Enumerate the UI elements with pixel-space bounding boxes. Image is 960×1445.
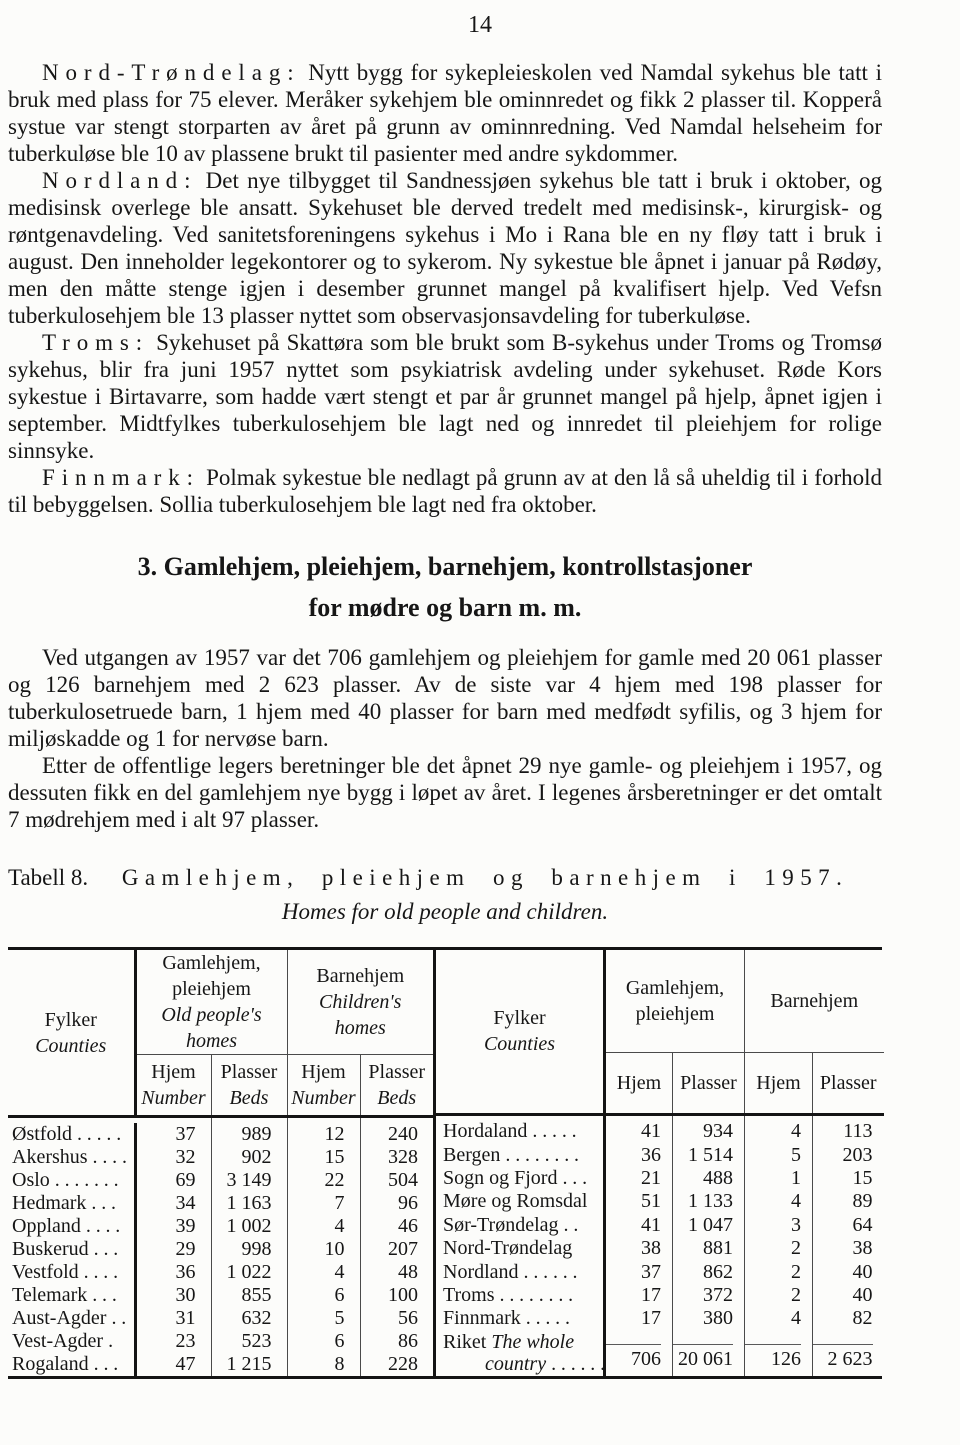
county-label: Telemark (12, 1284, 87, 1306)
leader-dots: ... (86, 1192, 120, 1214)
cell-oldhomes-number: 30 (135, 1284, 211, 1307)
cell-oldhomes-beds: 902 (211, 1146, 287, 1169)
header-hjem-en: Number (141, 1087, 205, 1109)
cell-oldhomes-beds: 998 (211, 1238, 287, 1261)
cell-oldhomes-number: 31 (135, 1307, 211, 1330)
table-row: Vestfold.... 36 1 022 4 48 (8, 1261, 433, 1284)
cell-oldhomes-number: 23 (135, 1330, 211, 1353)
county-label: Østfold (12, 1123, 72, 1145)
leader-dots: ....... (50, 1169, 124, 1191)
cell-oldhomes-number: 41 (605, 1214, 673, 1237)
header-plasser: PlasserBeds (211, 1055, 287, 1117)
cell-oldhomes-beds: 989 (211, 1123, 287, 1146)
table-header-left: Fylker Counties Gamlehjem, pleiehjem Old… (8, 950, 433, 1117)
cell-oldhomes-beds: 1 215 (211, 1353, 287, 1376)
county-lead: Nord-Trøndelag: (42, 60, 301, 85)
header-group-children-no: Barnehjem (288, 963, 434, 989)
cell-oldhomes-number: 32 (135, 1146, 211, 1169)
header-group-children-en: Children's homes (288, 989, 434, 1041)
cell-childhomes-number: 2 (745, 1260, 813, 1283)
cell-childhomes-beds: 96 (360, 1192, 433, 1215)
table-caption: Tabell 8. Gamlehjem, pleiehjem og barneh… (8, 865, 882, 891)
cell-oldhomes-number: 36 (605, 1143, 673, 1166)
cell-oldhomes-beds: 1 514 (673, 1143, 745, 1166)
cell-childhomes-number: 8 (287, 1353, 360, 1376)
leader-dots: .... (79, 1261, 123, 1283)
header-counties-en: Counties (484, 1033, 555, 1055)
header-group-oldpeople-no: Gamlehjem, pleiehjem (137, 950, 287, 1002)
header-plasser: Plasser (813, 1052, 884, 1114)
cell-childhomes-beds: 46 (360, 1215, 433, 1238)
cell-oldhomes-number: 36 (135, 1261, 211, 1284)
cell-childhomes-beds: 86 (360, 1330, 433, 1353)
section-heading: 3. Gamlehjem, pleiehjem, barnehjem, kont… (8, 546, 882, 628)
cell-oldhomes-number: 29 (135, 1238, 211, 1261)
table-caption-label: Tabell 8. (8, 865, 88, 891)
table-row: Rogaland... 47 1 215 8 228 (8, 1353, 433, 1376)
leader-dots: ........ (495, 1284, 578, 1306)
county-lead: Nordland: (42, 168, 197, 193)
header-hjem: Hjem (605, 1052, 673, 1114)
total-childhomes-number: 126 (745, 1348, 801, 1371)
cell-oldhomes-beds: 1 163 (211, 1192, 287, 1215)
county-label: Troms (443, 1284, 495, 1306)
total-rule (813, 1344, 873, 1345)
cell-oldhomes-number: 41 (605, 1120, 673, 1143)
county-label: Buskerud (12, 1238, 89, 1260)
county-label: Oppland (12, 1215, 81, 1237)
cell-childhomes-number: 7 (287, 1192, 360, 1215)
header-plasser-no: Plasser (368, 1061, 425, 1083)
cell-oldhomes-number: 34 (135, 1192, 211, 1215)
cell-childhomes-beds: 40 (813, 1260, 884, 1283)
header-plasser-en: Beds (377, 1087, 416, 1109)
leader-dots: ...... (519, 1261, 583, 1283)
cell-childhomes-beds: 240 (360, 1123, 433, 1146)
cell-oldhomes-number: 37 (135, 1123, 211, 1146)
total-childhomes-beds: 2 623 (813, 1348, 873, 1371)
leader-dots (572, 1237, 577, 1259)
document-page: 14 Nord-Trøndelag: Nytt bygg for sykeple… (0, 0, 960, 1445)
cell-childhomes-beds: 504 (360, 1169, 433, 1192)
cell-childhomes-number: 6 (287, 1284, 360, 1307)
cell-childhomes-beds: 228 (360, 1353, 433, 1376)
cell-childhomes-number: 15 (287, 1146, 360, 1169)
table-total: Riket The whole country...... 706 20 061… (435, 1331, 884, 1376)
county-label: Sogn og Fjord (443, 1167, 557, 1189)
cell-childhomes-beds: 56 (360, 1307, 433, 1330)
cell-childhomes-beds: 100 (360, 1284, 433, 1307)
cell-childhomes-number: 4 (745, 1307, 813, 1331)
cell-childhomes-beds: 82 (813, 1307, 884, 1331)
cell-childhomes-number: 4 (287, 1215, 360, 1238)
intro-section: Nord-Trøndelag: Nytt bygg for sykepleies… (8, 59, 882, 518)
section-body: Ved utgangen av 1957 var det 706 gamlehj… (8, 644, 882, 833)
cell-oldhomes-number: 39 (135, 1215, 211, 1238)
cell-childhomes-number: 3 (745, 1214, 813, 1237)
header-counties: Fylker Counties (8, 950, 135, 1117)
table-row: Vest-Agder. 23 523 6 86 (8, 1330, 433, 1353)
page-number: 14 (0, 0, 960, 39)
total-oldhomes-number: 706 (606, 1348, 661, 1371)
county-lead: Finnmark: (42, 465, 200, 490)
cell-childhomes-number: 10 (287, 1238, 360, 1261)
leader-dots: ..... (72, 1123, 126, 1145)
cell-oldhomes-beds: 523 (211, 1330, 287, 1353)
cell-oldhomes-number: 47 (135, 1353, 211, 1376)
paragraph-troms: Troms: Sykehuset på Skattøra som ble bru… (8, 329, 882, 464)
leader-dots: .... (81, 1215, 125, 1237)
header-group-children-no: Barnehjem (745, 988, 884, 1014)
county-lead: Troms: (42, 330, 149, 355)
cell-childhomes-beds: 203 (813, 1143, 884, 1166)
cell-oldhomes-number: 17 (605, 1284, 673, 1307)
header-plasser-en: Beds (230, 1087, 269, 1109)
paragraph-finnmark: Finnmark: Polmak sykestue ble nedlagt på… (8, 464, 882, 518)
leader-dots: ..... (521, 1307, 575, 1329)
total-oldhomes-beds: 20 061 (673, 1348, 733, 1371)
table-caption-title: Gamlehjem, pleiehjem og barnehjem i 1957… (88, 865, 882, 891)
cell-childhomes-beds: 89 (813, 1190, 884, 1213)
table-row: Oslo....... 69 3 149 22 504 (8, 1169, 433, 1192)
header-group-children: Barnehjem (745, 950, 884, 1052)
county-label: Akershus (12, 1146, 88, 1168)
county-label: Aust-Agder (12, 1307, 106, 1329)
table-row: Sør-Trøndelag.. 41 1 047 3 64 (435, 1214, 884, 1237)
leader-dots: .. (106, 1307, 131, 1329)
section-heading-line2: for mødre og barn m. m. (8, 587, 882, 628)
county-label: Vest-Agder (12, 1330, 103, 1352)
leader-dots: ... (89, 1238, 123, 1260)
cell-childhomes-number: 5 (745, 1143, 813, 1166)
leader-dots: ..... (527, 1120, 581, 1142)
cell-childhomes-beds: 15 (813, 1167, 884, 1190)
header-counties-no: Fylker (493, 1007, 545, 1029)
county-label: Nord-Trøndelag (443, 1237, 572, 1259)
cell-childhomes-beds: 64 (813, 1214, 884, 1237)
table-row: Nord-Trøndelag 38 881 2 38 (435, 1237, 884, 1260)
table-header-right: Fylker Counties Gamlehjem, pleiehjem Bar… (435, 950, 884, 1114)
cell-childhomes-number: 2 (745, 1237, 813, 1260)
county-label: Sør-Trøndelag (443, 1214, 559, 1236)
cell-oldhomes-number: 51 (605, 1190, 673, 1213)
leader-dots: . (103, 1330, 118, 1352)
cell-oldhomes-beds: 855 (211, 1284, 287, 1307)
cell-oldhomes-number: 38 (605, 1237, 673, 1260)
header-plasser-no: Plasser (221, 1061, 278, 1083)
county-label: Finnmark (443, 1307, 521, 1329)
cell-oldhomes-beds: 881 (673, 1237, 745, 1260)
county-label: Nordland (443, 1261, 519, 1283)
cell-oldhomes-beds: 1 002 (211, 1215, 287, 1238)
table-caption-subtitle: Homes for old people and children. (8, 899, 882, 925)
homes-table-right: Fylker Counties Gamlehjem, pleiehjem Bar… (433, 950, 884, 1376)
cell-childhomes-beds: 48 (360, 1261, 433, 1284)
table-row: Akershus.... 32 902 15 328 (8, 1146, 433, 1169)
cell-oldhomes-beds: 1 022 (211, 1261, 287, 1284)
total-label: Riket (443, 1331, 486, 1353)
cell-childhomes-beds: 328 (360, 1146, 433, 1169)
header-counties-en: Counties (35, 1035, 106, 1057)
cell-childhomes-beds: 40 (813, 1284, 884, 1307)
cell-childhomes-number: 4 (745, 1190, 813, 1213)
table-row: Buskerud... 29 998 10 207 (8, 1238, 433, 1261)
cell-oldhomes-number: 69 (135, 1169, 211, 1192)
header-group-oldpeople: Gamlehjem, pleiehjem Old people's homes (135, 950, 287, 1055)
county-label: Oslo (12, 1169, 50, 1191)
table-row: Bergen........ 36 1 514 5 203 (435, 1143, 884, 1166)
cell-oldhomes-beds: 488 (673, 1167, 745, 1190)
header-plasser: PlasserBeds (360, 1055, 433, 1117)
page-content: Nord-Trøndelag: Nytt bygg for sykepleies… (8, 59, 882, 1379)
table-body-right: Hordaland..... 41 934 4 113 Bergen......… (435, 1114, 884, 1331)
cell-childhomes-number: 4 (745, 1120, 813, 1143)
header-group-oldpeople-no: Gamlehjem, pleiehjem (606, 975, 744, 1027)
table-row: Finnmark..... 17 380 4 82 (435, 1307, 884, 1331)
paragraph-nordland: Nordland: Det nye tilbygget til Sandness… (8, 167, 882, 329)
paragraph-reports: Etter de offentlige legers beretninger b… (8, 752, 882, 833)
cell-oldhomes-number: 17 (605, 1307, 673, 1331)
header-plasser: Plasser (673, 1052, 745, 1114)
paragraph-summary: Ved utgangen av 1957 var det 706 gamlehj… (8, 644, 882, 752)
county-label: Hordaland (443, 1120, 527, 1142)
county-label: Hedmark (12, 1192, 86, 1214)
cell-childhomes-number: 6 (287, 1330, 360, 1353)
table-row: Telemark... 30 855 6 100 (8, 1284, 433, 1307)
cell-oldhomes-beds: 1 047 (673, 1214, 745, 1237)
cell-oldhomes-beds: 1 133 (673, 1190, 745, 1213)
cell-childhomes-beds: 113 (813, 1120, 884, 1143)
cell-childhomes-beds: 38 (813, 1237, 884, 1260)
table-row: Troms........ 17 372 2 40 (435, 1284, 884, 1307)
leader-dots: ... (557, 1167, 591, 1189)
total-rule (606, 1344, 661, 1345)
cell-oldhomes-beds: 934 (673, 1120, 745, 1143)
county-label: Vestfold (12, 1261, 79, 1283)
header-counties-no: Fylker (45, 1009, 97, 1031)
cell-oldhomes-number: 21 (605, 1167, 673, 1190)
table-row: Hordaland..... 41 934 4 113 (435, 1120, 884, 1143)
leader-dots: ... (89, 1353, 123, 1375)
cell-oldhomes-beds: 632 (211, 1307, 287, 1330)
cell-childhomes-number: 1 (745, 1167, 813, 1190)
table-row: Østfold..... 37 989 12 240 (8, 1123, 433, 1146)
leader-dots: .... (88, 1146, 132, 1168)
table-row: Hedmark... 34 1 163 7 96 (8, 1192, 433, 1215)
header-group-oldpeople: Gamlehjem, pleiehjem (605, 950, 745, 1052)
table-row: Sogn og Fjord... 21 488 1 15 (435, 1167, 884, 1190)
cell-childhomes-beds: 207 (360, 1238, 433, 1261)
cell-childhomes-number: 12 (287, 1123, 360, 1146)
header-group-children: Barnehjem Children's homes (287, 950, 433, 1055)
cell-childhomes-number: 2 (745, 1284, 813, 1307)
cell-childhomes-number: 22 (287, 1169, 360, 1192)
cell-oldhomes-beds: 3 149 (211, 1169, 287, 1192)
header-counties: Fylker Counties (435, 950, 605, 1114)
county-label: Bergen (443, 1144, 500, 1166)
header-hjem: HjemNumber (135, 1055, 211, 1117)
cell-childhomes-number: 4 (287, 1261, 360, 1284)
total-label-en2: country (485, 1353, 546, 1375)
county-label: Rogaland (12, 1353, 89, 1375)
leader-dots (587, 1190, 592, 1212)
leader-dots: ... (87, 1284, 121, 1306)
table-row: Møre og Romsdal 51 1 133 4 89 (435, 1190, 884, 1213)
total-label-en1: The whole (491, 1331, 574, 1353)
leader-dots: ...... (546, 1353, 604, 1375)
total-rule (745, 1344, 801, 1345)
header-hjem: HjemNumber (287, 1055, 360, 1117)
cell-oldhomes-beds: 372 (673, 1284, 745, 1307)
leader-dots: .. (559, 1214, 584, 1236)
cell-oldhomes-number: 37 (605, 1260, 673, 1283)
homes-table: Fylker Counties Gamlehjem, pleiehjem Old… (8, 947, 882, 1379)
header-hjem-no: Hjem (151, 1061, 195, 1083)
county-label: Møre og Romsdal (443, 1190, 587, 1212)
header-hjem: Hjem (745, 1052, 813, 1114)
total-rule (673, 1344, 733, 1345)
section-heading-line1: 3. Gamlehjem, pleiehjem, barnehjem, kont… (8, 546, 882, 587)
header-hjem-en: Number (291, 1087, 355, 1109)
table-row: Aust-Agder.. 31 632 5 56 (8, 1307, 433, 1330)
paragraph-nord-trondelag: Nord-Trøndelag: Nytt bygg for sykepleies… (8, 59, 882, 167)
table-body-left: Østfold..... 37 989 12 240 Akershus.... … (8, 1117, 433, 1376)
total-row: Riket The whole country...... 706 20 061… (435, 1331, 884, 1376)
leader-dots: ........ (500, 1144, 583, 1166)
homes-table-left: Fylker Counties Gamlehjem, pleiehjem Old… (8, 950, 433, 1376)
header-group-oldpeople-en: Old people's homes (137, 1002, 287, 1054)
header-hjem-no: Hjem (301, 1061, 345, 1083)
cell-oldhomes-beds: 380 (673, 1307, 745, 1331)
cell-oldhomes-beds: 862 (673, 1260, 745, 1283)
table-row: Nordland...... 37 862 2 40 (435, 1260, 884, 1283)
cell-childhomes-number: 5 (287, 1307, 360, 1330)
table-row: Oppland.... 39 1 002 4 46 (8, 1215, 433, 1238)
